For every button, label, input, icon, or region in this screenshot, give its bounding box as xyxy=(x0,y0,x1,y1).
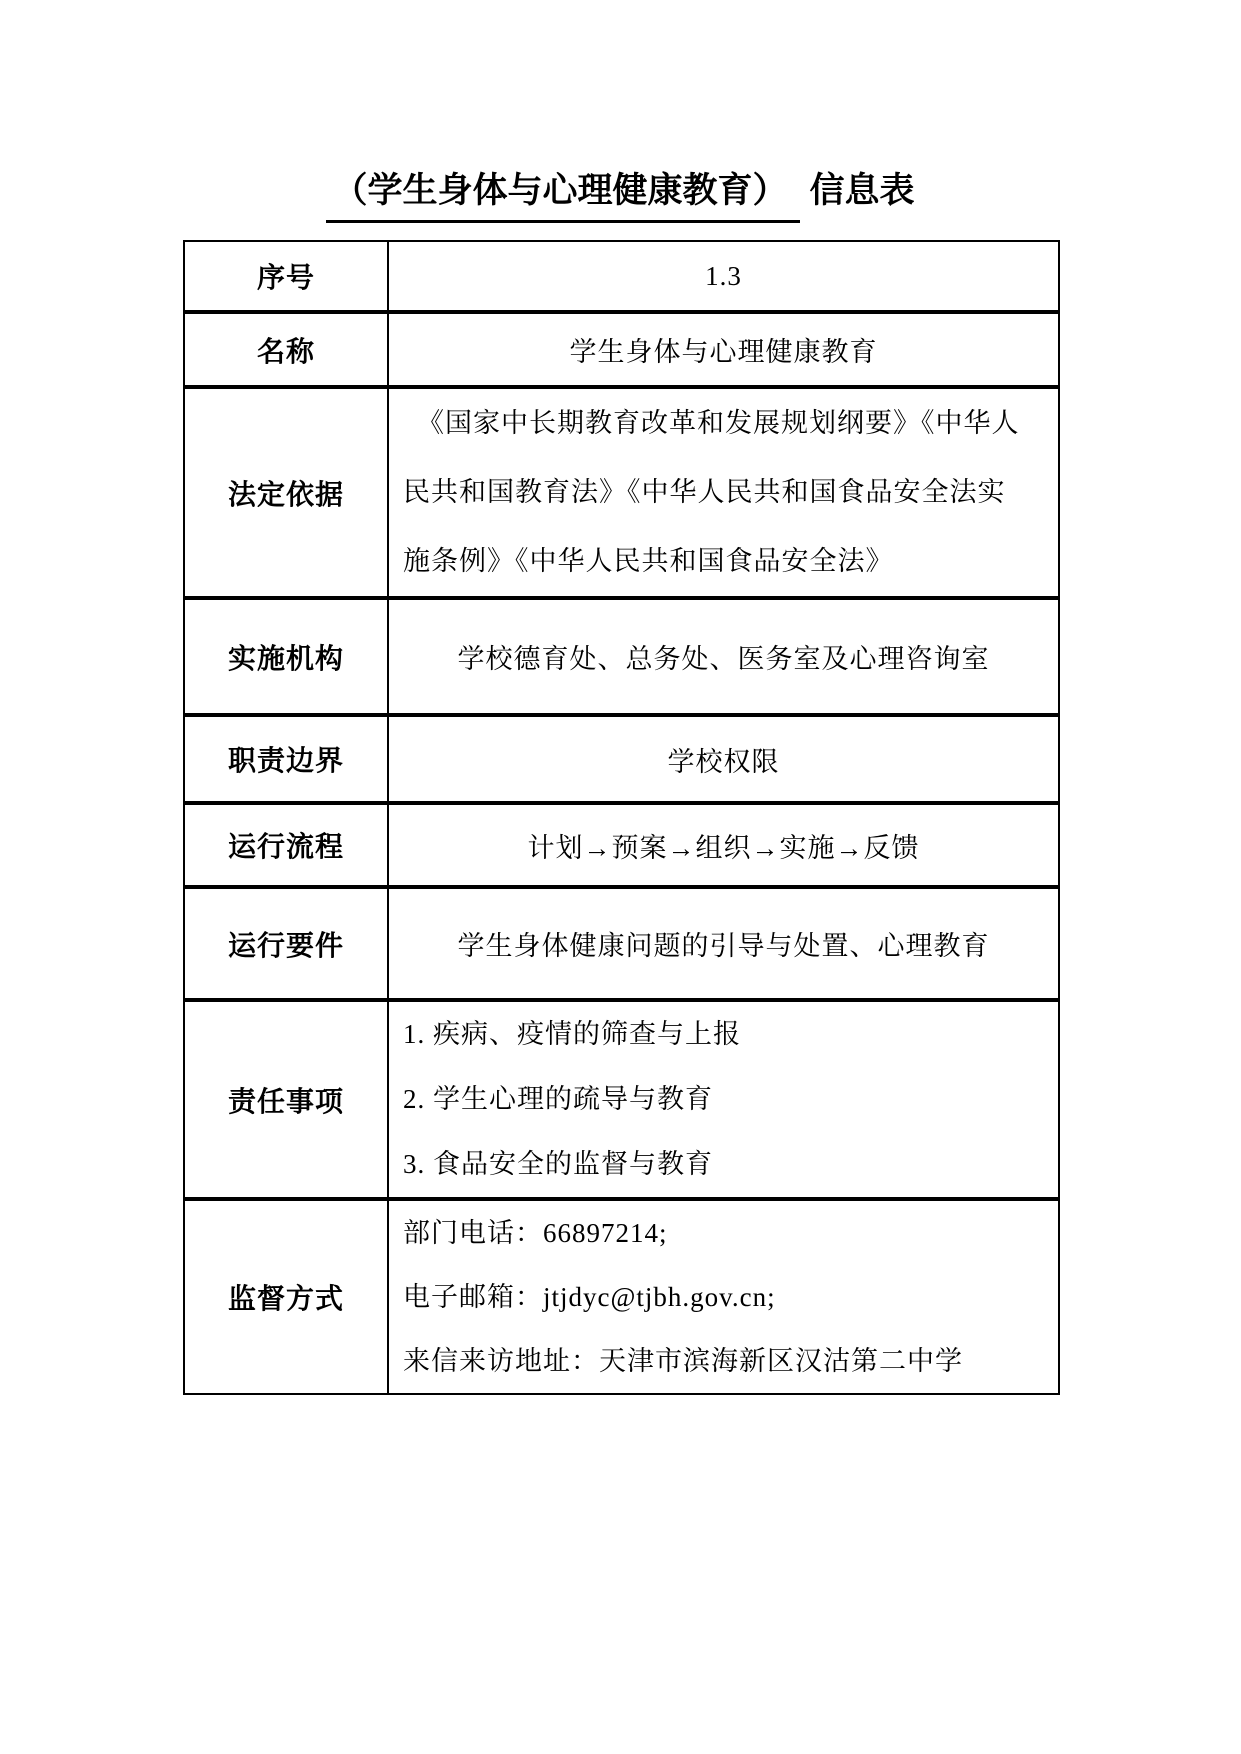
legal-basis-row: 法定依据 《国家中长期教育改革和发展规划纲要》《中华人 民共和国教育法》《中华人… xyxy=(184,387,1059,598)
responsibility-item-2: 2. 学生心理的疏导与教育 xyxy=(389,1067,1058,1132)
operation-process-label: 运行流程 xyxy=(184,803,388,887)
responsibility-items-row: 责任事项 1. 疾病、疫情的筛查与上报 2. 学生心理的疏导与教育 3. 食品安… xyxy=(184,1000,1059,1199)
supervision-methods-value: 部门电话：66897214; 电子邮箱：jtjdyc@tjbh.gov.cn; … xyxy=(388,1199,1059,1394)
serial-number-row: 序号 1.3 xyxy=(184,241,1059,312)
operation-elements-label: 运行要件 xyxy=(184,887,388,1000)
implementing-agency-value: 学校德育处、总务处、医务室及心理咨询室 xyxy=(388,598,1059,715)
operation-elements-row: 运行要件 学生身体健康问题的引导与处置、心理教育 xyxy=(184,887,1059,1000)
info-table: 序号 1.3 名称 学生身体与心理健康教育 法定依据 《国家中长期教育改革和发展… xyxy=(183,240,1060,1395)
operation-elements-value: 学生身体健康问题的引导与处置、心理教育 xyxy=(388,887,1059,1000)
supervision-phone-line: 部门电话：66897214; xyxy=(389,1201,1058,1265)
serial-number-label: 序号 xyxy=(184,241,388,312)
page-title: （学生身体与心理健康教育）信息表 xyxy=(0,163,1241,223)
serial-number-value: 1.3 xyxy=(388,241,1059,312)
supervision-email-line: 电子邮箱：jtjdyc@tjbh.gov.cn; xyxy=(389,1265,1058,1329)
implementing-agency-row: 实施机构 学校德育处、总务处、医务室及心理咨询室 xyxy=(184,598,1059,715)
legal-basis-value: 《国家中长期教育改革和发展规划纲要》《中华人 民共和国教育法》《中华人民共和国食… xyxy=(388,387,1059,598)
legal-basis-line-1: 《国家中长期教育改革和发展规划纲要》《中华人 xyxy=(389,389,1058,458)
responsibility-items-label: 责任事项 xyxy=(184,1000,388,1199)
operation-process-row: 运行流程 计划→预案→组织→实施→反馈 xyxy=(184,803,1059,887)
operation-process-value: 计划→预案→组织→实施→反馈 xyxy=(388,803,1059,887)
responsibility-boundary-value: 学校权限 xyxy=(388,715,1059,803)
responsibility-boundary-label: 职责边界 xyxy=(184,715,388,803)
supervision-address-line: 来信来访地址：天津市滨海新区汉沽第二中学 xyxy=(389,1329,1058,1393)
responsibility-item-3: 3. 食品安全的监督与教育 xyxy=(389,1132,1058,1197)
legal-basis-line-3: 施条例》《中华人民共和国食品安全法》 xyxy=(389,527,1058,596)
legal-basis-line-2: 民共和国教育法》《中华人民共和国食品安全法实 xyxy=(389,458,1058,527)
implementing-agency-label: 实施机构 xyxy=(184,598,388,715)
legal-basis-label: 法定依据 xyxy=(184,387,388,598)
name-label: 名称 xyxy=(184,312,388,387)
name-row: 名称 学生身体与心理健康教育 xyxy=(184,312,1059,387)
responsibility-boundary-row: 职责边界 学校权限 xyxy=(184,715,1059,803)
title-suffix: 信息表 xyxy=(810,163,915,213)
title-underlined-part: （学生身体与心理健康教育） xyxy=(326,163,799,223)
name-value: 学生身体与心理健康教育 xyxy=(388,312,1059,387)
supervision-methods-row: 监督方式 部门电话：66897214; 电子邮箱：jtjdyc@tjbh.gov… xyxy=(184,1199,1059,1394)
supervision-methods-label: 监督方式 xyxy=(184,1199,388,1394)
responsibility-items-value: 1. 疾病、疫情的筛查与上报 2. 学生心理的疏导与教育 3. 食品安全的监督与… xyxy=(388,1000,1059,1199)
responsibility-item-1: 1. 疾病、疫情的筛查与上报 xyxy=(389,1002,1058,1067)
